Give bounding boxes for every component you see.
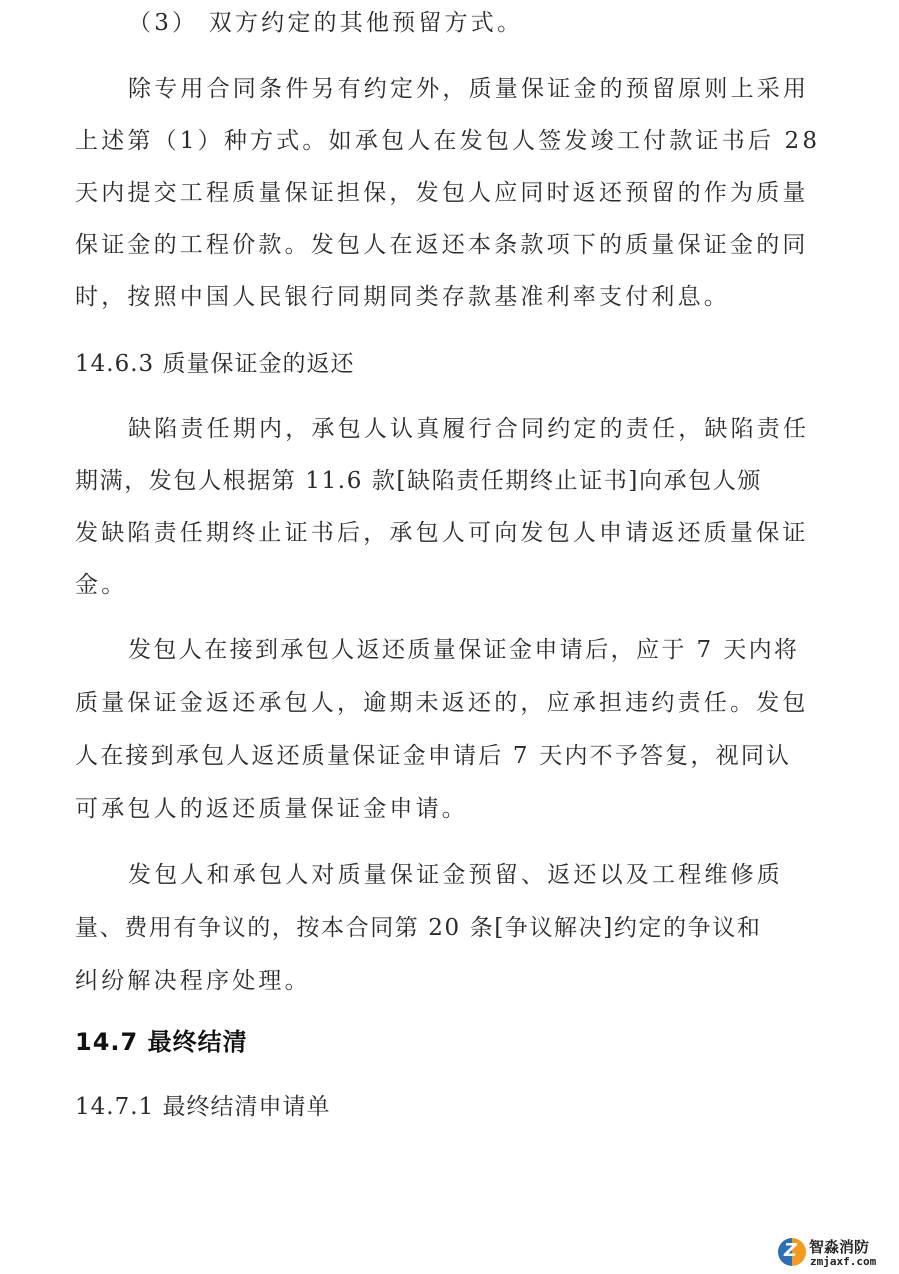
list-item-option-3: （3） 双方约定的其他预留方式。 — [128, 8, 523, 38]
watermark-url: zmjaxf.com — [810, 1255, 876, 1268]
paragraph-line: 天内提交工程质量保证担保，发包人应同时返还预留的作为质量 — [75, 178, 809, 208]
paragraph-line: 上述第（1）种方式。如承包人在发包人签发竣工付款证书后 28 — [75, 126, 820, 156]
paragraph-line: 可承包人的返还质量保证金申请。 — [75, 794, 468, 824]
paragraph-line: 纠纷解决程序处理。 — [75, 966, 311, 996]
paragraph-line: 缺陷责任期内，承包人认真履行合同约定的责任，缺陷责任 — [128, 414, 809, 444]
section-heading-14-7: 14.7 最终结清 — [75, 1027, 248, 1057]
paragraph-line: 人在接到承包人返还质量保证金申请后 7 天内不予答复，视同认 — [75, 741, 791, 771]
watermark-name: 智淼消防 — [809, 1236, 869, 1257]
paragraph-line: 期满，发包人根据第 11.6 款[缺陷责任期终止证书]向承包人颁 — [75, 466, 762, 496]
paragraph-line: 发包人和承包人对质量保证金预留、返还以及工程维修质 — [128, 860, 783, 890]
paragraph-line: 质量保证金返还承包人，逾期未返还的，应承担违约责任。发包 — [75, 688, 809, 718]
section-heading-14-7-1: 14.7.1 最终结清申请单 — [75, 1092, 330, 1122]
watermark-logo-icon — [778, 1238, 806, 1266]
paragraph-line: 时，按照中国人民银行同期同类存款基准利率支付利息。 — [75, 282, 730, 312]
paragraph-line: 除专用合同条件另有约定外，质量保证金的预留原则上采用 — [128, 74, 809, 104]
paragraph-line: 量、费用有争议的，按本合同第 20 条[争议解决]约定的争议和 — [75, 913, 761, 943]
paragraph-line: 保证金的工程价款。发包人在返还本条款项下的质量保证金的同 — [75, 230, 809, 260]
section-heading-14-6-3: 14.6.3 质量保证金的返还 — [75, 349, 354, 379]
paragraph-line: 发缺陷责任期终止证书后，承包人可向发包人申请返还质量保证 — [75, 518, 809, 548]
watermark: 智淼消防 zmjaxf.com — [778, 1236, 898, 1272]
paragraph-line: 发包人在接到承包人返还质量保证金申请后，应于 7 天内将 — [128, 635, 799, 665]
paragraph-line: 金。 — [75, 570, 127, 600]
